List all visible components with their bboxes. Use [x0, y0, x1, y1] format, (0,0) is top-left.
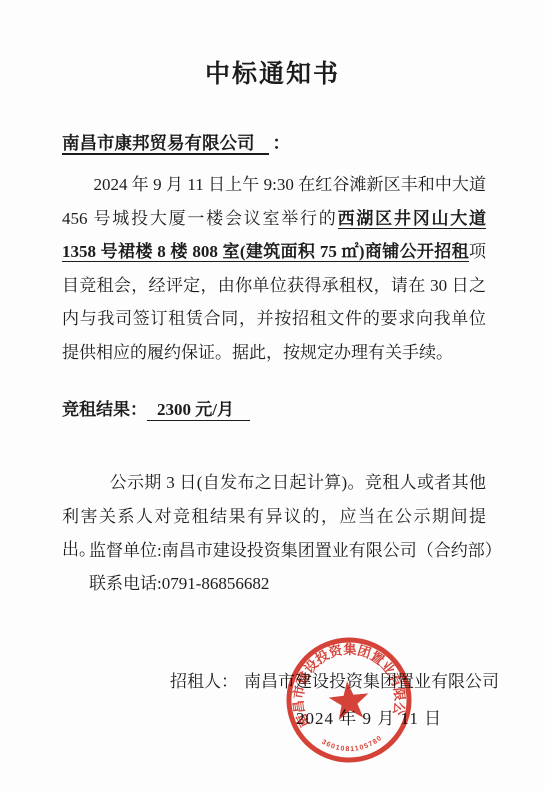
company-seal-stamp: 南昌市建设投资集团置业有限公司 3601081105780: [272, 623, 426, 777]
recipient-line: 南昌市康邦贸易有限公司：: [62, 130, 290, 155]
bid-result-line: 竞租结果：2300 元/月: [62, 395, 250, 420]
lessor-company-name: 南昌市建设投资集团置业有限公司: [244, 672, 499, 691]
supervisor-unit-line: 监督单位:南昌市建设投资集团置业有限公司（合约部）: [62, 536, 502, 561]
notice-document-page: 中标通知书 南昌市康邦贸易有限公司： 2024 年 9 月 11 日上午 9:3…: [0, 0, 545, 791]
recipient-name: 南昌市康邦贸易有限公司: [62, 133, 269, 155]
stamp-border-circle: [283, 634, 415, 766]
bid-result-value: 2300 元/月: [147, 400, 250, 421]
body-paragraph-main: 2024 年 9 月 11 日上午 9:30 在红谷滩新区丰和中大道 456 号…: [62, 168, 486, 369]
bid-result-label: 竞租结果：: [62, 400, 147, 419]
lessor-label: 招租人：: [170, 672, 238, 691]
lessor-signature-line: 招租人：南昌市建设投资集团置业有限公司: [170, 667, 499, 692]
recipient-colon: ：: [273, 133, 291, 153]
stamp-serial-number: 3601081105780: [320, 732, 385, 756]
signature-date: 2024 年 9 月 11 日: [296, 704, 442, 729]
document-title: 中标通知书: [0, 54, 545, 90]
contact-phone-line: 联系电话:0791-86856682: [62, 569, 502, 594]
